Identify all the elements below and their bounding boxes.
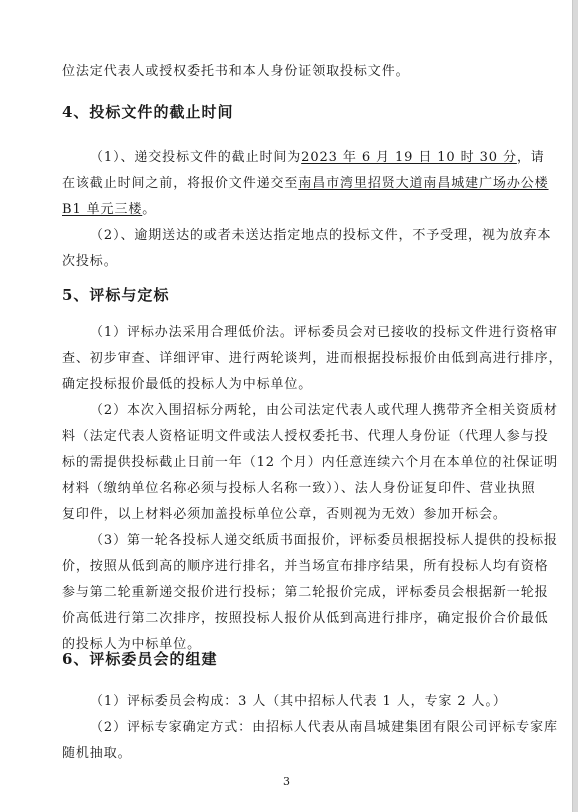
section-5-line: 价，按照从低到高的顺序进行排名，并当场宣布排序结果，所有投标人均有资格 bbox=[62, 555, 549, 574]
section-5-line: 料（法定代表人资格证明文件或法人授权委托书、代理人身份证（代理人参与投 bbox=[62, 425, 549, 444]
section-5-line: （2）本次入围招标分两轮，由公司法定代表人或代理人携带齐全相关资质材 bbox=[90, 399, 558, 418]
address-value: 南昌市湾里招贤大道南昌城建广场办公楼 bbox=[298, 176, 548, 191]
section-6-line: 随机抽取。 bbox=[62, 742, 132, 761]
section-6-line: （1）评标委员会构成：3 人（其中招标人代表 1 人，专家 2 人。） bbox=[90, 690, 507, 709]
section-6-line: （2）评标专家确定方式：由招标人代表从南昌城建集团有限公司评标专家库 bbox=[90, 716, 558, 735]
section-5-line: 标的需提供投标截止日前一年（12 个月）内任意连续六个月在本单位的社保证明 bbox=[62, 451, 558, 470]
section-4-p2-line1: （2）、逾期送达的或者未送达指定地点的投标文件，不予受理，视为放弃本 bbox=[90, 224, 551, 243]
section-5-line: 复印件，以上材料必须加盖投标单位公章，否则视为无效）参加开标会。 bbox=[62, 503, 507, 522]
section-4-p1-line3: B1 单元三楼。 bbox=[62, 198, 156, 217]
section-heading-6: 6、评标委员会的组建 bbox=[62, 648, 217, 669]
section-4-p1-line2: 在该截止时间之前，将报价文件递交至南昌市湾里招贤大道南昌城建广场办公楼 bbox=[62, 172, 549, 191]
section-heading-4: 4、投标文件的截止时间 bbox=[62, 101, 233, 122]
section-5-line: （1）评标办法采用合理低价法。评标委员会对已接收的投标文件进行资格审 bbox=[90, 321, 558, 340]
section-heading-5: 5、评标与定标 bbox=[62, 284, 169, 305]
section-5-line: （3）第一轮各投标人递交纸质书面报价，评标委员根据投标人提供的投标报 bbox=[90, 529, 558, 548]
page-number: 3 bbox=[283, 775, 290, 788]
deadline-value: 2023 年 6 月 19 日 10 时 30 分 bbox=[301, 150, 517, 165]
page-edge bbox=[572, 0, 578, 812]
address-value-2: B1 单元三楼 bbox=[62, 202, 142, 217]
section-5-line: 查、初步审查、详细评审、进行两轮谈判，进而根据投标报价由低到高进行排序， bbox=[62, 347, 562, 366]
section-5-line: 价高低进行第二次排序，按照投标人报价从低到高进行排序，确定报价合价最低 bbox=[62, 607, 549, 626]
section-5-line: 确定投标报价最低的投标人为中标单位。 bbox=[62, 373, 312, 392]
section-5-line: 参与第二轮重新递交报价进行投标；第二轮报价完成，评标委员会根据新一轮报 bbox=[62, 581, 549, 600]
section-4-p1-line1: （1）、递交投标文件的截止时间为2023 年 6 月 19 日 10 时 30 … bbox=[90, 146, 545, 165]
continuation-text: 位法定代表人或授权委托书和本人身份证领取投标文件。 bbox=[62, 60, 410, 79]
section-4-p2-line2: 次投标。 bbox=[62, 250, 118, 269]
section-5-line: 材料（缴纳单位名称必须与投标人名称一致））、法人身份证复印件、营业执照 bbox=[62, 477, 536, 496]
